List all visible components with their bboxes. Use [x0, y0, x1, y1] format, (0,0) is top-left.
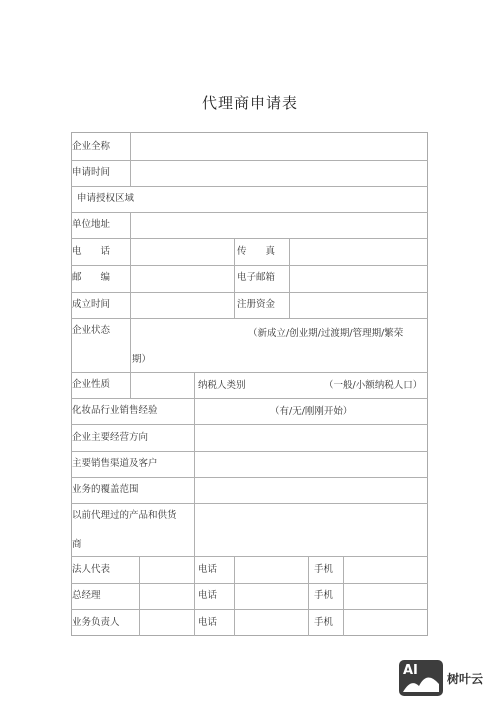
- label-biz-lead-phone: 电话: [198, 617, 217, 629]
- label-biz-lead: 业务负责人: [72, 617, 120, 629]
- email-field[interactable]: [290, 266, 427, 292]
- label-sales-experience: 化妆品行业销售经验: [72, 405, 158, 417]
- coverage-field[interactable]: [195, 478, 427, 503]
- label-founded-date: 成立时间: [72, 299, 110, 311]
- label-fax: 传 真: [237, 246, 275, 258]
- gm-name-field[interactable]: [140, 584, 194, 609]
- label-legal-rep-mobile: 手机: [314, 564, 333, 576]
- legal-rep-name-field[interactable]: [140, 557, 194, 583]
- label-coverage: 业务的覆盖范围: [72, 484, 139, 496]
- col-divider: [308, 556, 309, 636]
- legal-rep-phone-field[interactable]: [235, 557, 308, 583]
- label-company-nature: 企业性质: [72, 379, 110, 391]
- label-previous-products: 以前代理过的产品和供货: [72, 510, 177, 522]
- label-phone: 电 话: [72, 246, 110, 258]
- legal-rep-mobile-field[interactable]: [344, 557, 427, 583]
- document-title: 代理商申请表: [0, 92, 500, 113]
- label-email: 电子邮箱: [237, 272, 275, 284]
- label-taxpayer-type: 纳税人类别: [198, 380, 246, 392]
- biz-lead-phone-field[interactable]: [235, 610, 308, 636]
- watermark-brand: 树叶云: [447, 670, 483, 687]
- application-date-field[interactable]: [131, 161, 427, 186]
- registered-capital-field[interactable]: [290, 293, 427, 318]
- authorized-region-field[interactable]: [140, 187, 427, 212]
- biz-lead-mobile-field[interactable]: [344, 610, 427, 636]
- label-gm-phone: 电话: [198, 590, 217, 602]
- label-company-status: 企业状态: [72, 325, 110, 337]
- phone-field[interactable]: [131, 239, 234, 265]
- company-nature-field[interactable]: [131, 373, 194, 398]
- address-field[interactable]: [131, 213, 427, 238]
- fax-field[interactable]: [290, 239, 427, 265]
- label-legal-rep-phone: 电话: [198, 564, 217, 576]
- previous-products-field[interactable]: [195, 504, 427, 556]
- company-status-hint-cont: 期）: [132, 354, 151, 366]
- company-status-hint: （新成立/创业期/过渡期/管理期/繁荣: [248, 328, 403, 340]
- label-gm: 总经理: [72, 590, 101, 602]
- gm-phone-field[interactable]: [235, 584, 308, 609]
- postcode-field[interactable]: [131, 266, 234, 292]
- label-application-date: 申请时间: [72, 167, 110, 179]
- label-previous-products-cont: 商: [72, 539, 82, 551]
- label-company-name: 企业全称: [72, 141, 110, 153]
- gm-mobile-field[interactable]: [344, 584, 427, 609]
- company-name-field[interactable]: [131, 133, 427, 160]
- label-business-direction: 企业主要经营方向: [72, 432, 148, 444]
- business-direction-field[interactable]: [195, 425, 427, 451]
- founded-date-field[interactable]: [131, 293, 234, 318]
- col-divider: [234, 238, 235, 318]
- watermark-logo-text: AI: [403, 663, 418, 678]
- label-biz-lead-mobile: 手机: [314, 617, 333, 629]
- company-status-field[interactable]: [131, 319, 427, 372]
- label-registered-capital: 注册资金: [237, 299, 275, 311]
- row-divider: [71, 372, 428, 373]
- taxpayer-type-hint: （一般/小额纳税人口）: [324, 380, 422, 392]
- label-authorized-region: 申请授权区域: [77, 193, 134, 205]
- sales-channels-field[interactable]: [195, 452, 427, 477]
- sales-experience-hint: （有/无/刚刚开始）: [270, 406, 352, 418]
- biz-lead-name-field[interactable]: [140, 610, 194, 636]
- label-gm-mobile: 手机: [314, 590, 333, 602]
- label-sales-channels: 主要销售渠道及客户: [72, 458, 158, 470]
- label-legal-rep: 法人代表: [72, 564, 110, 576]
- label-postcode: 邮 编: [72, 272, 110, 284]
- label-address: 单位地址: [72, 219, 110, 231]
